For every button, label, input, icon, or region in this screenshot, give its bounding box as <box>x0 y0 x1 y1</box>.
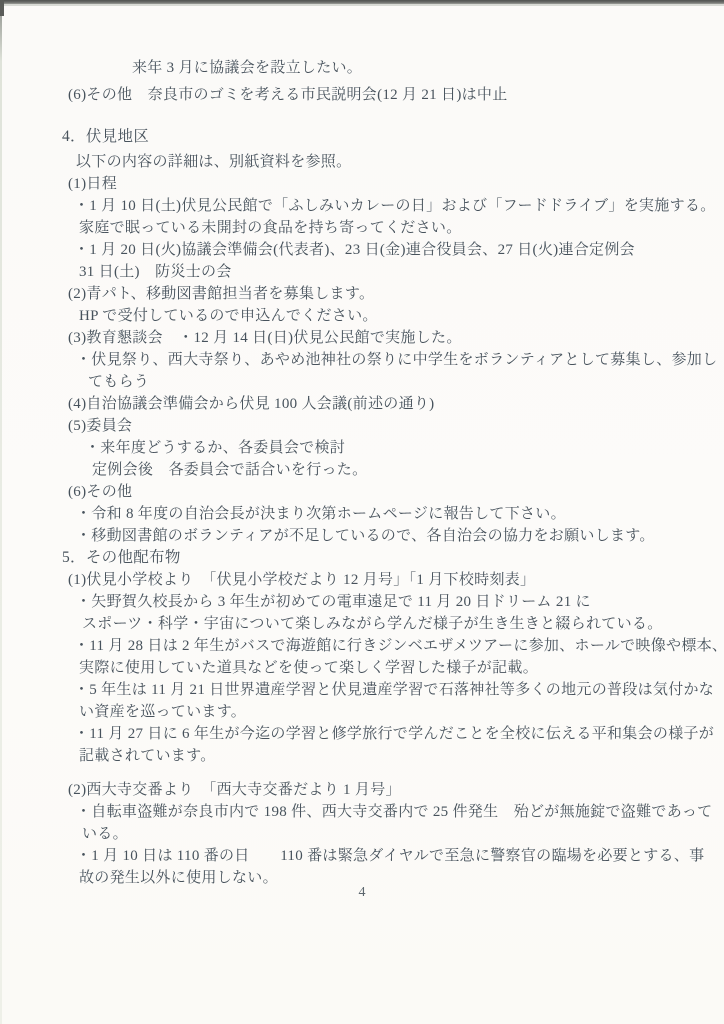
text-line: (1)日程 <box>68 173 724 195</box>
section-4-heading: 4．伏見地区 <box>62 126 724 148</box>
text-line: ・1 月 10 日(土)伏見公民館で「ふしみいカレーの日」および「フードドライブ… <box>74 195 724 217</box>
text-line: ・伏見祭り、西大寺祭り、あやめ池神社の祭りに中学生をボランティアとして募集し、参… <box>76 349 724 371</box>
text-line: (4)自治協議会準備会から伏見 100 人会議(前述の通り) <box>68 393 724 415</box>
text-line: ・11 月 27 日に 6 年生が今迄の学習と修学旅行で学んだことを全校に伝える… <box>74 723 724 745</box>
text-line: (5)委員会 <box>68 415 724 437</box>
text-line: 来年 3 月に協議会を設立したい。 <box>132 57 724 79</box>
scanned-document-page: 来年 3 月に協議会を設立したい。 (6)その他 奈良市のゴミを考える市民説明会… <box>0 0 724 1024</box>
text-line: (2)青パト、移動図書館担当者を募集します。 <box>68 283 724 305</box>
text-line: い資産を巡っています。 <box>79 701 724 723</box>
text-line: 家庭で眠っている未開封の食品を持ち寄ってください。 <box>79 217 724 239</box>
text-line: (2)西大寺交番より 「西大寺交番だより 1 月号」 <box>68 779 724 801</box>
page-number: 4 <box>0 884 724 902</box>
text-line: 定例会後 各委員会で話合いを行った。 <box>92 459 724 481</box>
document-body: 来年 3 月に協議会を設立したい。 (6)その他 奈良市のゴミを考える市民説明会… <box>0 0 724 889</box>
text-line: ・1 月 10 日は 110 番の日 110 番は緊急ダイヤルで至急に警察官の臨… <box>76 845 724 867</box>
text-line: ・1 月 20 日(火)協議会準備会(代表者)、23 日(金)連合役員会、27 … <box>74 239 724 261</box>
text-line: てもらう <box>88 371 724 393</box>
text-line: いる。 <box>82 823 724 845</box>
text-line: ・移動図書館のボランティアが不足しているので、各自治会の協力をお願いします。 <box>76 525 724 547</box>
text-line: ・11 月 28 日は 2 年生がバスで海遊館に行きジンベエザメツアーに参加、ホ… <box>74 635 724 657</box>
text-line: ・5 年生は 11 月 21 日世界遺産学習と伏見遺産学習で石落神社等多くの地元… <box>74 679 724 701</box>
section-5-heading: 5．その他配布物 <box>62 547 724 569</box>
text-line: ・自転車盗難が奈良市内で 198 件、西大寺交番内で 25 件発生 殆どが無施錠… <box>76 801 724 823</box>
text-line: ・令和 8 年度の自治会長が決まり次第ホームページに報告して下さい。 <box>76 503 724 525</box>
text-line: (6)その他 <box>68 481 724 503</box>
text-line: 31 日(土) 防災士の会 <box>79 261 724 283</box>
text-line: スポーツ・科学・宇宙について楽しみながら学んだ様子が生き生きと綴られている。 <box>82 613 724 635</box>
text-line: ・矢野賀久校長から 3 年生が初めての電車遠足で 11 月 20 日ドリーム 2… <box>76 591 724 613</box>
text-line: (6)その他 奈良市のゴミを考える市民説明会(12 月 21 日)は中止 <box>68 84 724 106</box>
text-line: 記載されています。 <box>79 745 724 767</box>
text-line: HP で受付しているので申込んでください。 <box>79 305 724 327</box>
text-line: 実際に使用していた道具などを使って楽しく学習した様子が記載。 <box>79 657 724 679</box>
text-line: (1)伏見小学校より 「伏見小学校だより 12 月号」「1 月下校時刻表」 <box>68 569 724 591</box>
text-line: (3)教育懇談会 ・12 月 14 日(日)伏見公民館で実施した。 <box>68 327 724 349</box>
text-line: 以下の内容の詳細は、別紙資料を参照。 <box>76 151 724 173</box>
text-line: ・来年度どうするか、各委員会で検討 <box>85 437 724 459</box>
